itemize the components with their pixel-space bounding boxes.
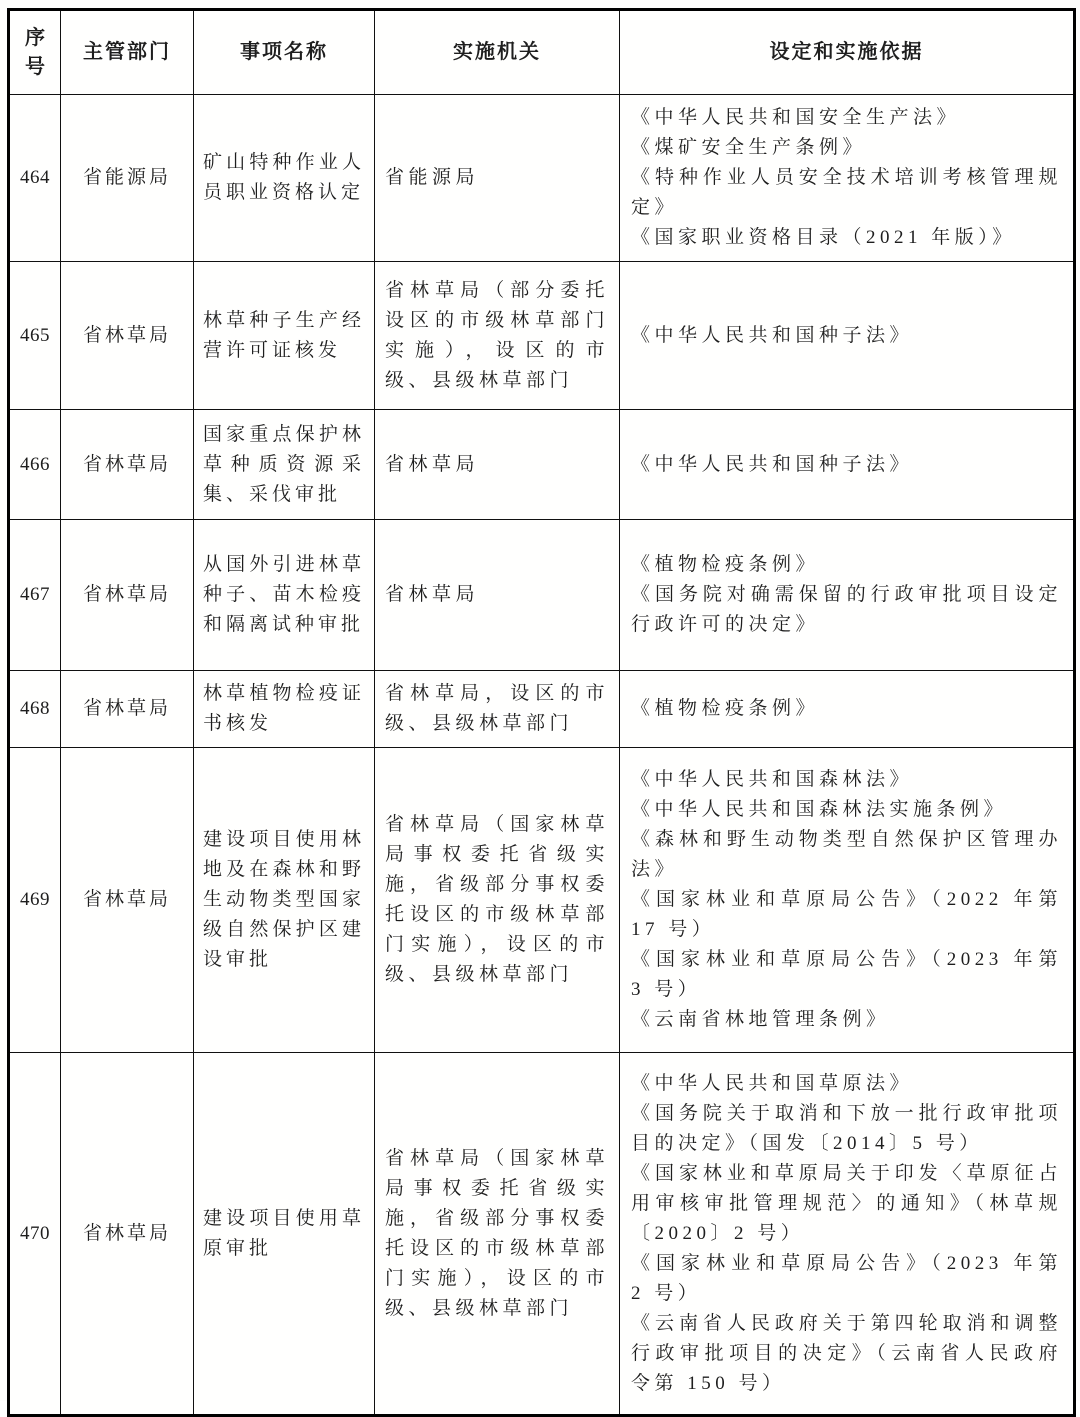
basis-line: 《云南省人民政府关于第四轮取消和调整行政审批项目的决定》（云南省人民政府令第 1… — [631, 1309, 1062, 1399]
cell-implementing-agency: 省林草局，设区的市级、县级林草部门 — [375, 671, 620, 748]
table-row: 470 省林草局 建设项目使用草原审批 省林草局（国家林草局事权委托省级实施，省… — [9, 1053, 1075, 1416]
cell-legal-basis: 《中华人民共和国种子法》 — [620, 410, 1075, 520]
cell-department: 省林草局 — [61, 671, 194, 748]
cell-serial-no: 468 — [9, 671, 61, 748]
col-header-item-name: 事项名称 — [194, 10, 375, 95]
basis-line: 《植物检疫条例》 — [631, 694, 1062, 724]
cell-item-name: 矿山特种作业人员职业资格认定 — [194, 95, 375, 262]
cell-item-name: 林草植物检疫证书核发 — [194, 671, 375, 748]
basis-line: 《特种作业人员安全技术培训考核管理规定》 — [631, 163, 1062, 223]
col-header-serial-no: 序号 — [9, 10, 61, 95]
basis-line: 《森林和野生动物类型自然保护区管理办法》 — [631, 825, 1062, 885]
cell-implementing-agency: 省林草局 — [375, 410, 620, 520]
cell-department: 省林草局 — [61, 1053, 194, 1416]
basis-line: 《云南省林地管理条例》 — [631, 1005, 1062, 1035]
basis-line: 《国务院关于取消和下放一批行政审批项目的决定》（国发〔2014〕5 号） — [631, 1099, 1062, 1159]
cell-item-name: 建设项目使用林地及在森林和野生动物类型国家级自然保护区建设审批 — [194, 748, 375, 1053]
cell-implementing-agency: 省林草局 — [375, 520, 620, 671]
cell-implementing-agency: 省林草局（国家林草局事权委托省级实施，省级部分事权委托设区的市级林草部门实施），… — [375, 748, 620, 1053]
basis-line: 《煤矿安全生产条例》 — [631, 133, 1062, 163]
cell-legal-basis: 《中华人民共和国种子法》 — [620, 262, 1075, 410]
approval-items-table: 序号 主管部门 事项名称 实施机关 设定和实施依据 464 省能源局 矿山特种作… — [7, 8, 1076, 1417]
basis-line: 《国家职业资格目录（2021 年版）》 — [631, 223, 1062, 253]
cell-legal-basis: 《中华人民共和国草原法》 《国务院关于取消和下放一批行政审批项目的决定》（国发〔… — [620, 1053, 1075, 1416]
cell-serial-no: 465 — [9, 262, 61, 410]
basis-line: 《国务院对确需保留的行政审批项目设定行政许可的决定》 — [631, 580, 1062, 640]
cell-serial-no: 466 — [9, 410, 61, 520]
basis-line: 《国家林业和草原局公告》（2023 年第 2 号） — [631, 1249, 1062, 1309]
basis-line: 《国家林业和草原局公告》（2023 年第 3 号） — [631, 945, 1062, 1005]
table-row: 468 省林草局 林草植物检疫证书核发 省林草局，设区的市级、县级林草部门 《植… — [9, 671, 1075, 748]
cell-department: 省林草局 — [61, 262, 194, 410]
cell-item-name: 国家重点保护林草种质资源采集、采伐审批 — [194, 410, 375, 520]
table-row: 465 省林草局 林草种子生产经营许可证核发 省林草局（部分委托设区的市级林草部… — [9, 262, 1075, 410]
table-row: 467 省林草局 从国外引进林草种子、苗木检疫和隔离试种审批 省林草局 《植物检… — [9, 520, 1075, 671]
cell-legal-basis: 《中华人民共和国安全生产法》 《煤矿安全生产条例》 《特种作业人员安全技术培训考… — [620, 95, 1075, 262]
basis-line: 《中华人民共和国种子法》 — [631, 321, 1062, 351]
cell-legal-basis: 《植物检疫条例》 《国务院对确需保留的行政审批项目设定行政许可的决定》 — [620, 520, 1075, 671]
basis-line: 《中华人民共和国安全生产法》 — [631, 103, 1062, 133]
cell-legal-basis: 《中华人民共和国森林法》 《中华人民共和国森林法实施条例》 《森林和野生动物类型… — [620, 748, 1075, 1053]
basis-line: 《中华人民共和国森林法实施条例》 — [631, 795, 1062, 825]
cell-item-name: 从国外引进林草种子、苗木检疫和隔离试种审批 — [194, 520, 375, 671]
cell-serial-no: 470 — [9, 1053, 61, 1416]
cell-item-name: 建设项目使用草原审批 — [194, 1053, 375, 1416]
cell-department: 省林草局 — [61, 410, 194, 520]
cell-implementing-agency: 省林草局（部分委托设区的市级林草部门实施），设区的市级、县级林草部门 — [375, 262, 620, 410]
col-header-legal-basis: 设定和实施依据 — [620, 10, 1075, 95]
basis-line: 《国家林业和草原局关于印发〈草原征占用审核审批管理规范〉的通知》（林草规〔202… — [631, 1159, 1062, 1249]
cell-department: 省能源局 — [61, 95, 194, 262]
cell-serial-no: 469 — [9, 748, 61, 1053]
cell-department: 省林草局 — [61, 520, 194, 671]
table-row: 464 省能源局 矿山特种作业人员职业资格认定 省能源局 《中华人民共和国安全生… — [9, 95, 1075, 262]
table-row: 466 省林草局 国家重点保护林草种质资源采集、采伐审批 省林草局 《中华人民共… — [9, 410, 1075, 520]
basis-line: 《中华人民共和国种子法》 — [631, 450, 1062, 480]
document-page: 序号 主管部门 事项名称 实施机关 设定和实施依据 464 省能源局 矿山特种作… — [0, 0, 1080, 1401]
header-row: 序号 主管部门 事项名称 实施机关 设定和实施依据 — [9, 10, 1075, 95]
cell-implementing-agency: 省能源局 — [375, 95, 620, 262]
table-row: 469 省林草局 建设项目使用林地及在森林和野生动物类型国家级自然保护区建设审批… — [9, 748, 1075, 1053]
basis-line: 《中华人民共和国森林法》 — [631, 765, 1062, 795]
col-header-department: 主管部门 — [61, 10, 194, 95]
cell-department: 省林草局 — [61, 748, 194, 1053]
cell-implementing-agency: 省林草局（国家林草局事权委托省级实施，省级部分事权委托设区的市级林草部门实施），… — [375, 1053, 620, 1416]
col-header-implementing-agency: 实施机关 — [375, 10, 620, 95]
cell-item-name: 林草种子生产经营许可证核发 — [194, 262, 375, 410]
basis-line: 《中华人民共和国草原法》 — [631, 1069, 1062, 1099]
basis-line: 《植物检疫条例》 — [631, 550, 1062, 580]
cell-legal-basis: 《植物检疫条例》 — [620, 671, 1075, 748]
cell-serial-no: 467 — [9, 520, 61, 671]
cell-serial-no: 464 — [9, 95, 61, 262]
basis-line: 《国家林业和草原局公告》（2022 年第 17 号） — [631, 885, 1062, 945]
